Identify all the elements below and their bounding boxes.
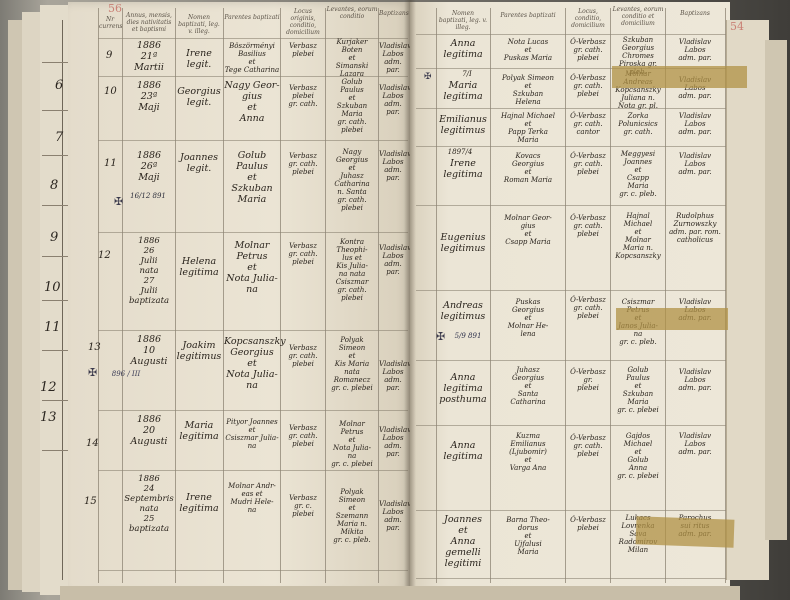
entry-baptizer: Vladislav Labos adm. par.	[379, 426, 407, 458]
entry-baptizer: Vladislav Labos adm. par.	[379, 42, 407, 74]
entry-date: 1886 24 Septembris nata 25 baptizata	[123, 474, 175, 534]
column-header-name: Nomen baptizati, leg. v. illeg.	[437, 10, 489, 31]
row-rule	[416, 578, 726, 579]
entry-baptizer: Vladislav Labos adm. par.	[379, 360, 407, 392]
stub-number: 7	[55, 130, 63, 145]
entry-locus: Verbasz plebei gr. cath.	[281, 84, 325, 108]
stub-number: 9	[50, 230, 58, 245]
entry-locus: Verbasz gr. cath. plebei	[281, 424, 325, 448]
entry-parents: Böszörményi Basilius et Tege Catharina	[224, 42, 280, 74]
cross-annotation-icon: ✠	[436, 330, 445, 343]
entry-parents: Pityor Joannes et Csiszmar Julia- na	[224, 418, 280, 450]
entry-locus: Ó-Verbasz gr. cath. plebei	[566, 38, 610, 62]
entry-child-name: Anna legitima	[437, 38, 489, 60]
entry-child-name: Irene legitima	[176, 492, 222, 514]
entry-godparents: Nagy Georgius et Juhasz Catharina n. San…	[326, 148, 378, 212]
torn-page-stub	[765, 40, 787, 540]
column-header-locus: Locus originis, conditio, domicilium	[281, 8, 325, 36]
row-rule	[98, 410, 408, 411]
column-rule	[725, 8, 726, 583]
entry-baptizer: Vladislav Labos adm. par.	[379, 150, 407, 182]
entry-locus: Verbasz gr. cath. plebei	[281, 152, 325, 176]
row-rule	[416, 425, 726, 426]
stub-number: 6	[55, 78, 63, 93]
entry-locus: Ó-Verbasz gr. cath. plebei	[566, 74, 610, 98]
row-rule	[416, 34, 726, 35]
entry-baptizer: Vladislav Labos adm. par.	[666, 112, 724, 136]
page-bottom-edge	[60, 586, 740, 600]
column-header-date: Annus, mensis, dies nativitatis et bapti…	[123, 12, 175, 33]
entry-parents: Nota Lucas et Puskas Maria	[491, 38, 565, 62]
entry-locus: Ó-Verbasz gr. cath. plebei	[566, 434, 610, 458]
row-rule	[416, 360, 726, 361]
column-header-levantes: Levantes, eorum conditio	[326, 6, 378, 20]
entry-child-name: Emilianus legitimus	[437, 114, 489, 136]
entry-number: 14	[86, 438, 99, 449]
tape-repair	[612, 66, 747, 88]
entry-number: 12	[98, 250, 111, 261]
entry-godparents: Zorka Polunicsics gr. cath.	[611, 112, 665, 136]
entry-godparents: Polyak Simeon et Szemann Maria n. Mikita…	[326, 488, 378, 544]
cross-annotation-icon: ✠	[424, 72, 432, 82]
column-header-nr: Nr currens	[99, 16, 121, 30]
entry-child-name: Eugenius legitimus	[437, 232, 489, 254]
entry-number: 11	[104, 158, 117, 169]
margin-annotation: 1897/4	[440, 148, 480, 156]
entry-baptizer: Vladislav Labos adm. par.	[666, 152, 724, 176]
stub-number: 8	[50, 178, 58, 193]
entry-baptizer: Vladislav Labos adm. par.	[666, 368, 724, 392]
row-rule	[416, 510, 726, 511]
row-rule	[416, 108, 726, 109]
entry-locus: Ó-Verbasz plebei	[566, 516, 610, 532]
entry-godparents: Gajdos Michael et Golub Anna gr. c. pleb…	[611, 432, 665, 480]
entry-locus: Verbasz gr. cath. plebei	[281, 242, 325, 266]
book-gutter	[404, 0, 416, 600]
entry-locus: Verbasz gr. c. plebei	[281, 494, 325, 518]
stub-number: 10	[44, 280, 61, 295]
entry-baptizer: Vladislav Labos adm. par.	[666, 432, 724, 456]
entry-parents: Barna Theo- dorus et Ujfalusi Maria	[491, 516, 565, 556]
entry-baptizer: Vladislav Labos adm. par.	[379, 244, 407, 276]
entry-child-name: Irene legitima	[437, 158, 489, 180]
entry-child-name: Anna legitima	[437, 440, 489, 462]
entry-parents: Kopcsanszky Georgius et Nota Julia- na	[224, 336, 280, 391]
column-header-parents: Parentes baptizati	[491, 12, 565, 19]
entry-child-name: Joannes et Anna gemelli legitimi	[437, 514, 489, 569]
entry-child-name: Joannes legit.	[176, 152, 222, 174]
entry-child-name: Anna legitima posthuma	[437, 372, 489, 405]
entry-locus: Ó-Verbasz gr. cath. cantor	[566, 112, 610, 136]
entry-baptizer: Vladislav Labos adm. par.	[379, 84, 407, 116]
column-header-baptizans: Baptizans	[379, 10, 407, 17]
entry-godparents: Hajnal Michael et Molnar Maria n. Kopcsa…	[611, 212, 665, 260]
torn-page-stub	[726, 20, 769, 580]
entry-child-name: Joakim legitimus	[176, 340, 222, 362]
stub-number: 12	[40, 380, 57, 395]
entry-godparents: Molnar Petrus et Nota Julia- na gr. c. p…	[326, 420, 378, 468]
entry-godparents: Golub Paulus et Szkuban Maria gr. c. ple…	[611, 366, 665, 414]
entry-parents: Molnar Andr- eas et Mudri Hele- na	[224, 482, 280, 514]
entry-locus: Ó-Verbasz gr. cath. plebei	[566, 296, 610, 320]
cross-annotation-icon: ✠	[88, 366, 97, 379]
row-rule	[416, 146, 726, 147]
entry-parents: Juhasz Georgius et Santa Catharina	[491, 366, 565, 406]
entry-locus: Ó-Verbasz gr. cath. plebei	[566, 214, 610, 238]
column-header-parents: Parentes baptizati	[224, 14, 280, 21]
margin-annotation: 896 / III	[98, 370, 154, 378]
entry-child-name: Maria legitima	[437, 80, 489, 102]
entry-parents: Molnar Petrus et Nota Julia- na	[224, 240, 280, 295]
row-rule	[416, 205, 726, 206]
entry-date: 1886 26ª Maji	[123, 150, 175, 183]
entry-parents: Nagy Geor- gius et Anna	[224, 80, 280, 124]
entry-child-name: Georgius legit.	[176, 86, 222, 108]
column-header-levantes: Levantes, eorum conditio et domicilium	[611, 6, 665, 27]
row-rule	[98, 470, 408, 471]
entry-date: 1886 20 Augusti	[123, 414, 175, 447]
entry-date: 1886 10 Augusti	[123, 334, 175, 367]
page-number: 56	[108, 2, 122, 15]
entry-godparents: Polyak Simeon et Kis Maria nata Romanecz…	[326, 336, 378, 392]
stub-number: 13	[40, 410, 57, 425]
entry-child-name: Andreas legitimus	[437, 300, 489, 322]
entry-locus: Ó-Verbasz gr. cath. plebei	[566, 152, 610, 176]
entry-parents: Hajnal Michael et Papp Terka Maria	[491, 112, 565, 144]
entry-number: 9	[106, 50, 112, 61]
entry-baptizer: Vladislav Labos adm. par.	[666, 38, 724, 62]
entry-locus: Ó-Verbasz gr. plebei	[566, 368, 610, 392]
row-rule	[416, 290, 726, 291]
entry-baptizer: Rudolphus Zurnowszky adm. par. rom. cath…	[666, 212, 724, 244]
cross-annotation-icon: ✠	[114, 195, 123, 208]
entry-date: 1886 21ª Martii	[123, 40, 175, 73]
tape-repair	[636, 516, 735, 547]
entry-parents: Polyak Simeon et Szkuban Helena	[491, 74, 565, 106]
entry-parents: Molnar Geor- gius et Csapp Maria	[491, 214, 565, 246]
entry-child-name: Irene legit.	[176, 48, 222, 70]
entry-locus: Verbasz gr. cath. plebei	[281, 344, 325, 368]
entry-number: 10	[104, 86, 117, 97]
row-rule	[98, 570, 408, 571]
stub-number: 11	[44, 320, 61, 335]
entry-child-name: Helena legitima	[176, 256, 222, 278]
entry-child-name: Maria legitima	[176, 420, 222, 442]
entry-number: 13	[88, 342, 101, 353]
column-header-baptizans: Baptizans	[666, 10, 724, 17]
entry-number: 15	[84, 496, 97, 507]
column-header-locus: Locus, conditio, domicilium	[566, 8, 610, 29]
entry-parents: Kuzma Emilianus (Ljubomir) et Varga Ana	[491, 432, 565, 472]
tape-repair	[616, 308, 728, 330]
margin-annotation: 16/12 891	[126, 192, 170, 200]
column-rule	[98, 8, 99, 583]
entry-date: 1886 23ª Maji	[123, 80, 175, 113]
page-number: 54	[730, 20, 744, 33]
entry-godparents: Golub Paulus et Szkuban Maria gr. cath. …	[326, 78, 378, 134]
entry-parents: Puskas Georgius et Molnar He- lena	[491, 298, 565, 338]
row-rule	[98, 232, 408, 233]
entry-godparents: Kurjaker Boten et Simanski Lazara	[326, 38, 378, 78]
margin-annotation: 5/9 891	[448, 332, 488, 340]
entry-godparents: Kontra Theophi- lus et Kis Julia- na nat…	[326, 238, 378, 302]
margin-annotation: 7/I	[452, 70, 482, 78]
column-header-name: Nomen baptizati, leg. v. illeg.	[176, 14, 222, 35]
entry-parents: Golub Paulus et Szkuban Maria	[224, 150, 280, 205]
entry-date: 1886 26 Julii nata 27 Julii baptizata	[123, 236, 175, 306]
entry-locus: Verbasz plebei	[281, 42, 325, 58]
entry-baptizer: Vladislav Labos adm. par.	[379, 500, 407, 532]
row-rule	[98, 140, 408, 141]
row-rule	[98, 330, 408, 331]
entry-godparents: Meggyesi Joannes et Csapp Maria gr. c. p…	[611, 150, 665, 198]
entry-parents: Kovacs Georgius et Roman Maria	[491, 152, 565, 184]
